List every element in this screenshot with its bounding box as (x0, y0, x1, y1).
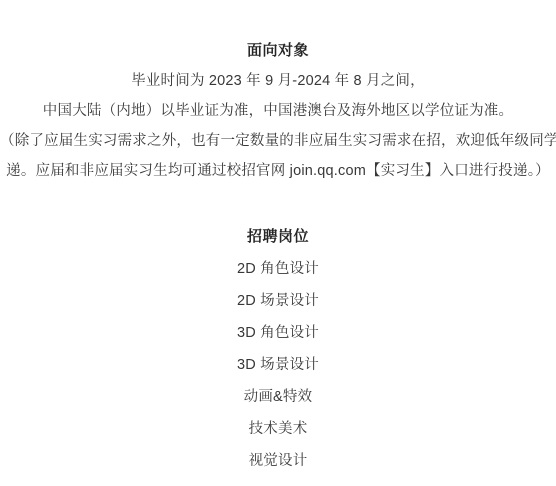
intern-note-line-1: （除了应届生实习需求之外，也有一定数量的非应届生实习需求在招，欢迎低年级同学们投 (0, 126, 556, 156)
target-audience-heading: 面向对象 (0, 36, 556, 66)
job-2d-character-design: 2D 角色设计 (0, 253, 556, 285)
job-technical-art: 技术美术 (0, 413, 556, 445)
graduation-window-line: 毕业时间为 2023 年 9 月-2024 年 8 月之间， (0, 66, 556, 96)
job-3d-scene-design: 3D 场景设计 (0, 349, 556, 381)
job-animation-vfx: 动画&特效 (0, 381, 556, 413)
certificate-basis-line: 中国大陆（内地）以毕业证为准，中国港澳台及海外地区以学位证为准。 (0, 96, 556, 126)
positions-heading: 招聘岗位 (0, 221, 556, 253)
job-2d-scene-design: 2D 场景设计 (0, 285, 556, 317)
job-visual-design: 视觉设计 (0, 445, 556, 477)
intern-note-line-2: 递。应届和非应届实习生均可通过校招官网 join.qq.com【实习生】入口进行… (0, 156, 556, 186)
job-3d-character-design: 3D 角色设计 (0, 317, 556, 349)
recruitment-notice-page: 面向对象 毕业时间为 2023 年 9 月-2024 年 8 月之间， 中国大陆… (0, 0, 556, 486)
